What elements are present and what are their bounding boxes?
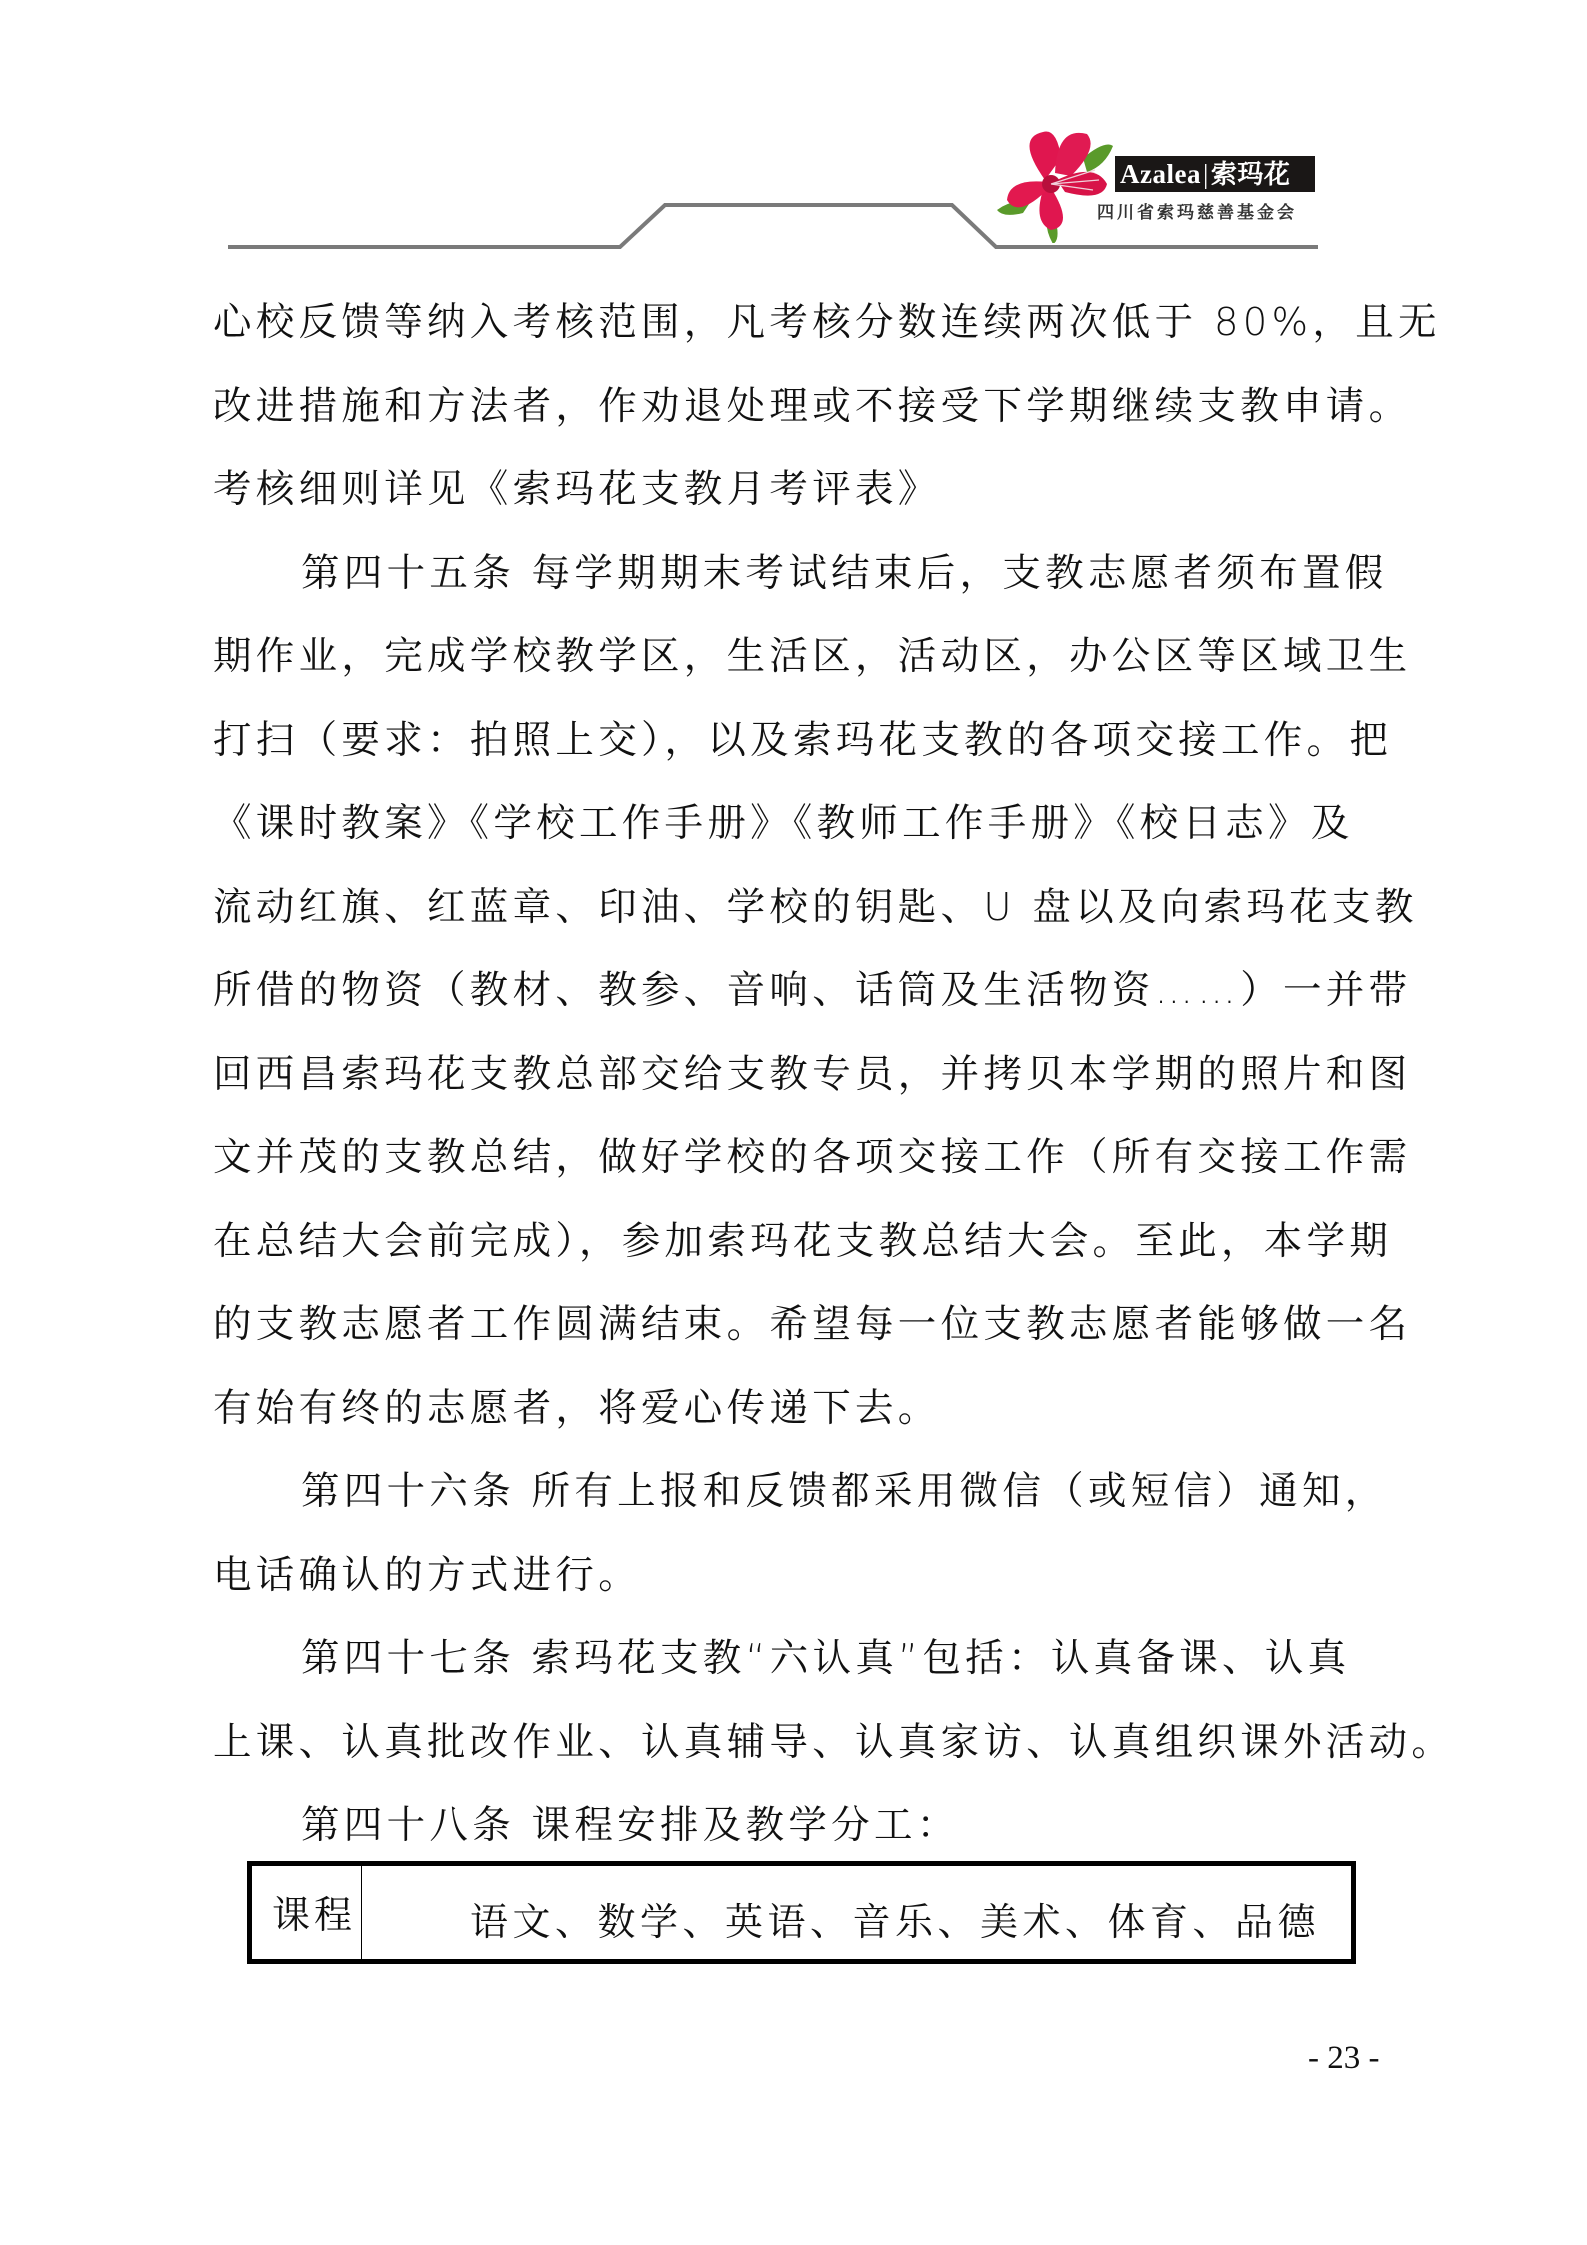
text-line: 流动红旗、红蓝章、印油、学校的钥匙、U 盘以及向索玛花支教 [213,877,1398,961]
text-line: 有始有终的志愿者，将爱心传递下去。 [213,1378,1398,1462]
text-line: 电话确认的方式进行。 [213,1545,1398,1629]
header-divider-line [0,0,1587,260]
course-table: 课程 语文、数学、英语、音乐、美术、体育、品德 [247,1861,1356,1964]
page-number: - 23 - [1308,2040,1379,2077]
text-line: 文并茂的支教总结，做好学校的各项交接工作（所有交接工作需 [213,1127,1398,1211]
text-line: 所借的物资（教材、教参、音响、话筒及生活物资……）一并带 [213,960,1398,1044]
text-line: 考核细则详见《索玛花支教月考评表》 [213,459,1398,543]
text-line: 改进措施和方法者，作劝退处理或不接受下学期继续支教申请。 [213,376,1398,460]
article-45-heading-line: 第四十五条 每学期期末考试结束后，支教志愿者须布置假 [213,543,1398,627]
text-line: 期作业，完成学校教学区，生活区，活动区，办公区等区域卫生 [213,626,1398,710]
foundation-logo: Azalea|索玛花 四川省索玛慈善基金会 [995,118,1325,243]
article-47-heading-line: 第四十七条 索玛花支教“六认真”包括：认真备课、认真 [213,1628,1398,1712]
course-table-header-cell: 课程 [252,1866,362,1959]
text-line: 上课、认真批改作业、认真辅导、认真家访、认真组织课外活动。 [213,1712,1398,1796]
text-line: 心校反馈等纳入考核范围，凡考核分数连续两次低于 80%，且无 [213,292,1398,376]
text-line: 在总结大会前完成），参加索玛花支教总结大会。至此，本学期 [213,1211,1398,1295]
logo-brand-name: Azalea|索玛花 [1120,156,1290,192]
text-line: 回西昌索玛花支教总部交给支教专员，并拷贝本学期的照片和图 [213,1044,1398,1128]
course-table-value-cell: 语文、数学、英语、音乐、美术、体育、品德 [362,1866,1351,1959]
text-line: 的支教志愿者工作圆满结束。希望每一位支教志愿者能够做一名 [213,1294,1398,1378]
document-body: 心校反馈等纳入考核范围，凡考核分数连续两次低于 80%，且无 改进措施和方法者，… [213,292,1398,1879]
text-line: 打扫（要求：拍照上交），以及索玛花支教的各项交接工作。把 [213,710,1398,794]
text-line: 《课时教案》《学校工作手册》《教师工作手册》《校日志》及 [213,793,1398,877]
logo-org-name: 四川省索玛慈善基金会 [1097,198,1297,223]
azalea-flower-icon [995,118,1125,243]
article-46-heading-line: 第四十六条 所有上报和反馈都采用微信（或短信）通知， [213,1461,1398,1545]
